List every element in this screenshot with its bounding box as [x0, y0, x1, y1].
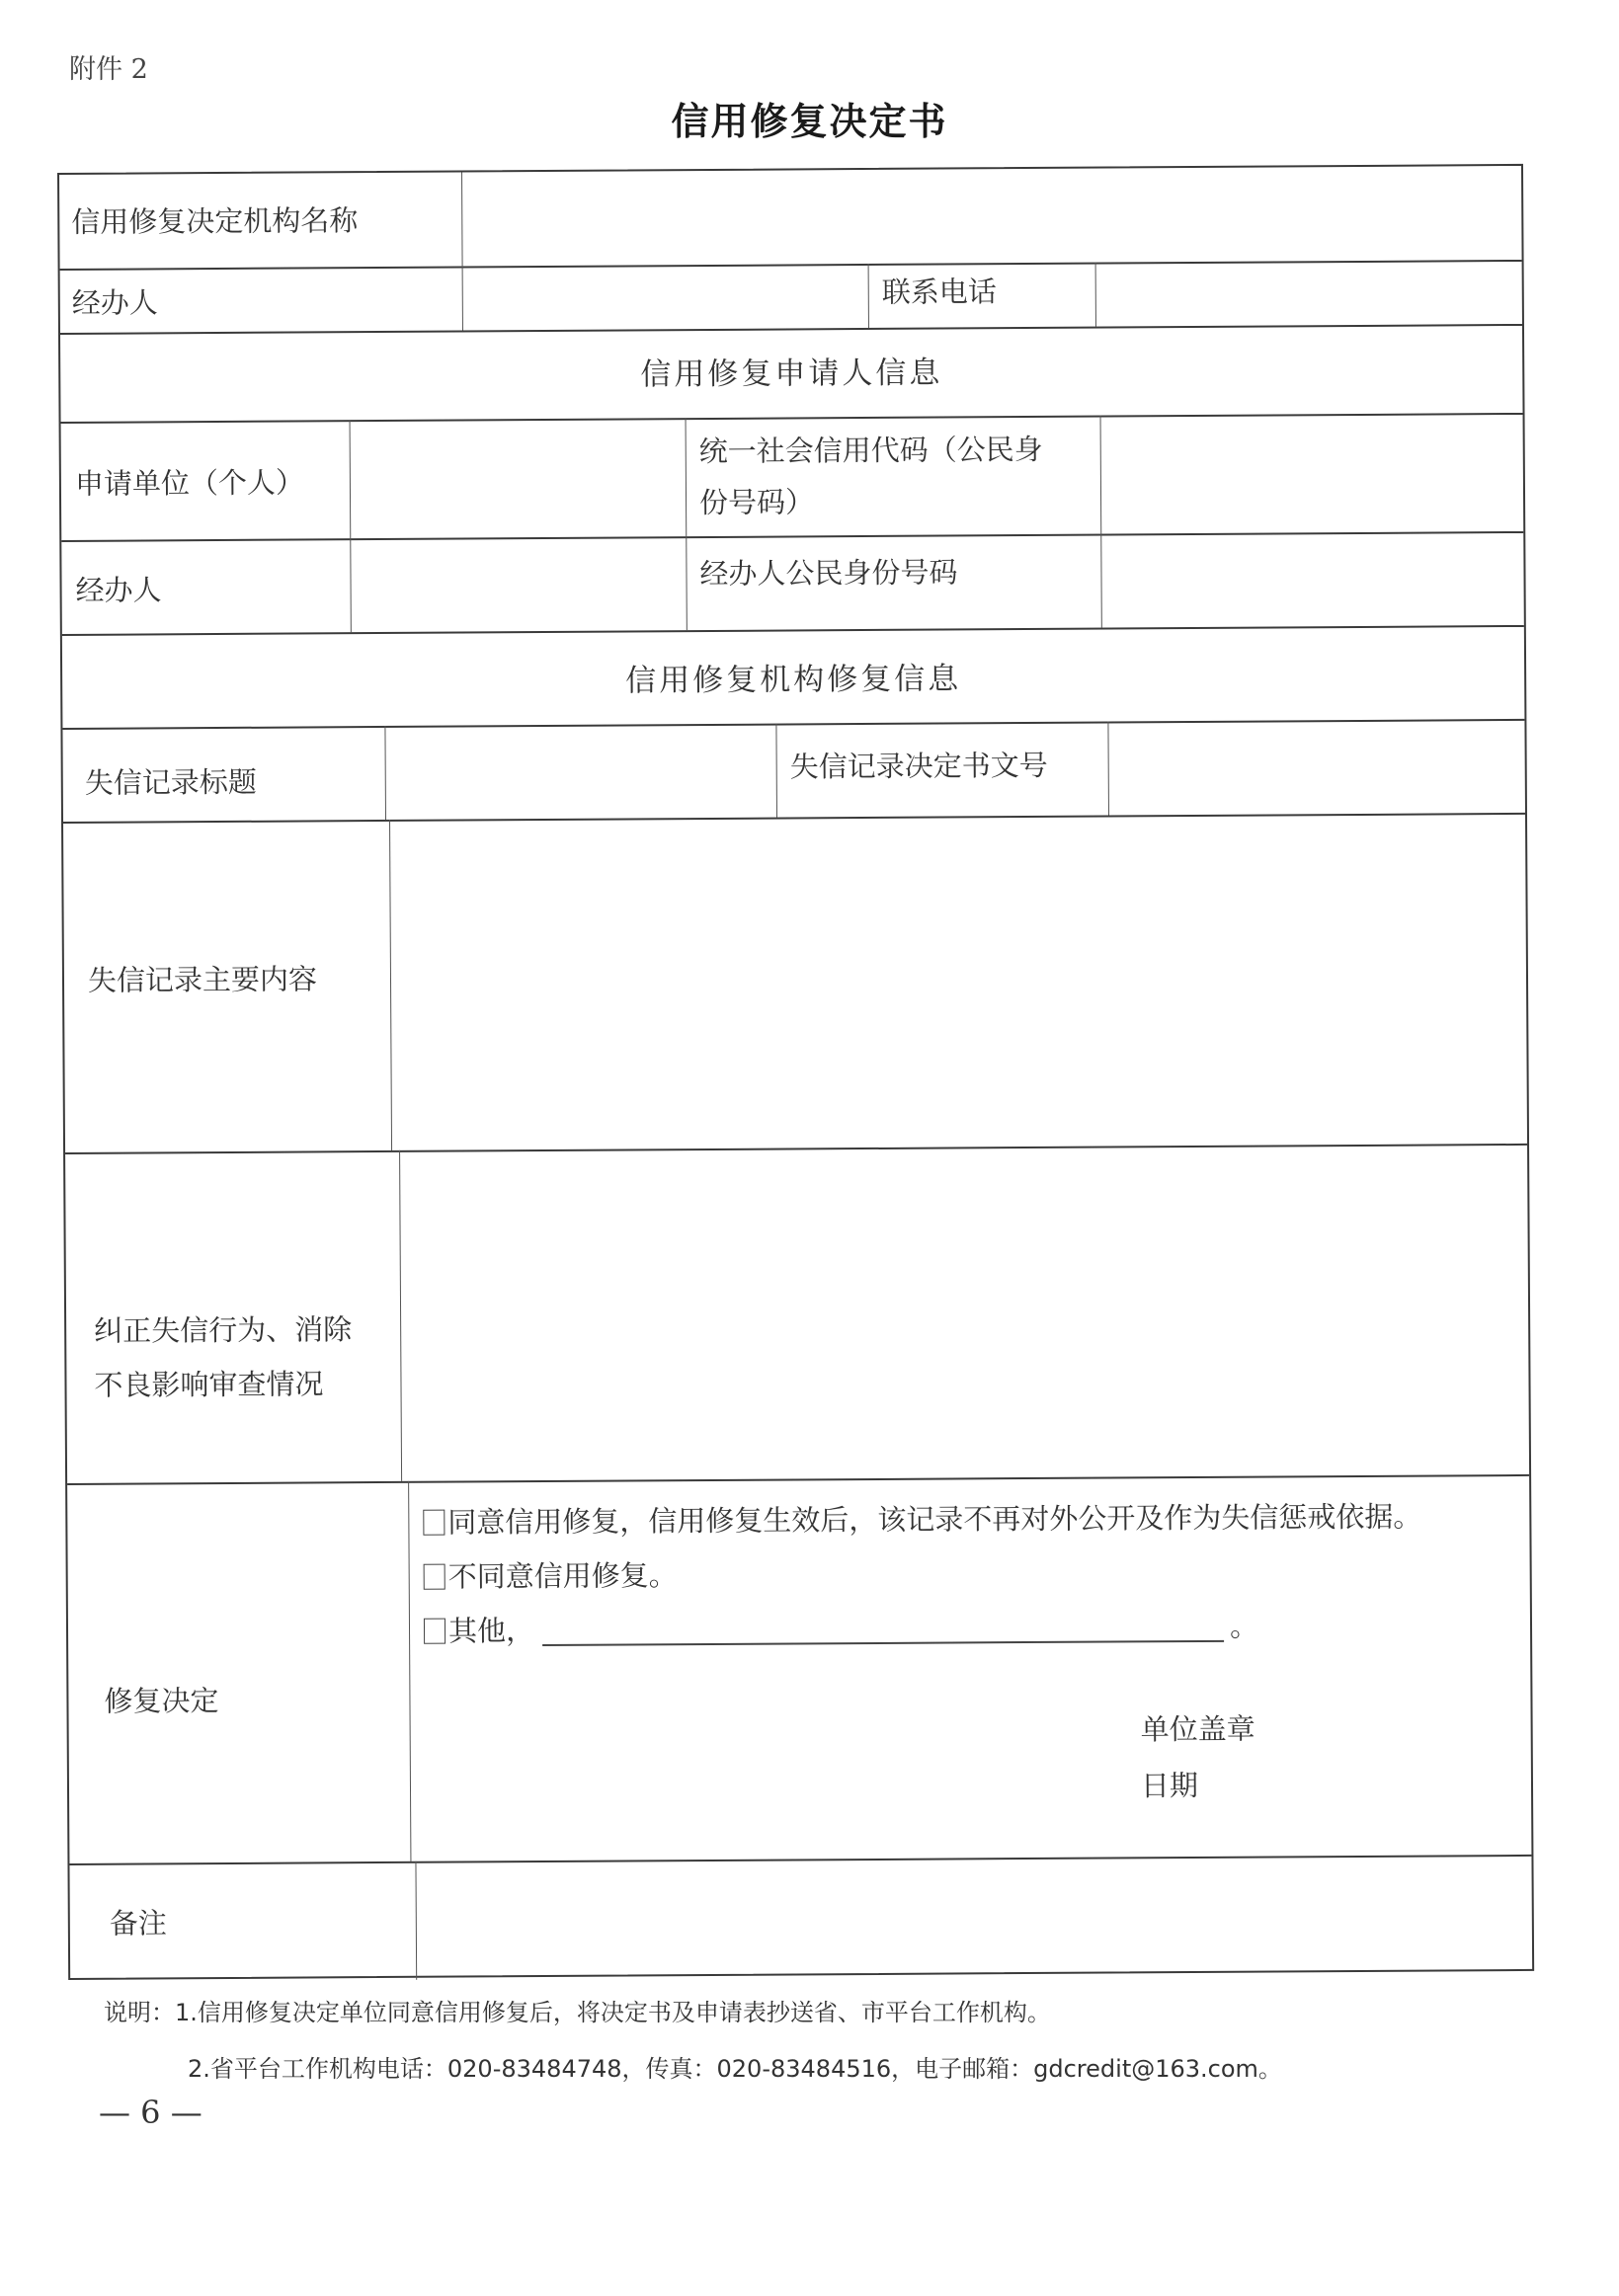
credit-repair-decision-form: 信用修复决定机构名称 经办人 联系电话 信用修复申请人信息 申请单位（个人） 统… [57, 164, 1534, 1980]
col-divider [775, 724, 777, 818]
correction-field[interactable] [402, 1144, 1530, 1481]
col-divider [408, 1481, 411, 1861]
col-divider [384, 726, 386, 820]
row-divider [62, 625, 1524, 636]
applicant-section-title: 信用修复申请人信息 [60, 344, 1522, 397]
handler-id-label: 经办人公民身份号码 [699, 546, 957, 599]
correction-label-line1: 纠正失信行为、消除 [94, 1304, 352, 1357]
option-disagree-text: 不同意信用修复。 [448, 1558, 678, 1593]
credit-code-label-line2: 份号码） [699, 476, 814, 528]
col-divider [1100, 416, 1102, 628]
col-divider [1107, 722, 1109, 816]
org-name-field[interactable] [464, 166, 1522, 267]
applicant-unit-label: 申请单位（个人） [75, 456, 304, 509]
option-other-text: 其他， [448, 1614, 534, 1648]
handler-label: 经办人 [72, 277, 158, 329]
record-title-label: 失信记录标题 [85, 756, 257, 809]
document-title: 信用修复决定书 [0, 91, 1619, 145]
credit-code-label-line1: 统一社会信用代码（公民身 [699, 424, 1043, 477]
col-divider [415, 1861, 417, 1980]
col-divider [868, 264, 869, 328]
record-title-field[interactable] [387, 724, 773, 820]
applicant-handler-label: 经办人 [75, 564, 161, 616]
org-name-label: 信用修复决定机构名称 [71, 195, 358, 248]
decision-option-agree[interactable]: 同意信用修复，信用修复生效后，该记录不再对外公开及作为失信惩戒依据。 [423, 1495, 1421, 1542]
decision-label: 修复决定 [104, 1675, 218, 1727]
col-divider [350, 420, 352, 632]
credit-code-field[interactable] [1103, 413, 1525, 534]
handler-field[interactable] [465, 264, 865, 330]
seal-label: 单位盖章 [1140, 1703, 1255, 1756]
remarks-field[interactable] [418, 1855, 1533, 1980]
decision-option-disagree[interactable]: 不同意信用修复。 [424, 1553, 678, 1596]
record-content-field[interactable] [392, 813, 1528, 1150]
phone-field[interactable] [1098, 260, 1523, 327]
remarks-label: 备注 [110, 1897, 167, 1948]
applicant-unit-field[interactable] [353, 418, 685, 538]
record-content-label: 失信记录主要内容 [88, 953, 317, 1005]
decision-doc-no-label: 失信记录决定书文号 [790, 740, 1048, 793]
repair-section-title: 信用修复机构修复信息 [62, 650, 1524, 703]
correction-label-line2: 不良影响审查情况 [94, 1358, 323, 1410]
checkbox-agree[interactable] [423, 1510, 445, 1536]
option-other-suffix: 。 [1230, 1610, 1258, 1643]
note-line-2: 2.省平台工作机构电话：020-83484748，传真：020-83484516… [188, 2049, 1282, 2084]
checkbox-disagree[interactable] [424, 1564, 445, 1590]
other-reason-input[interactable] [542, 1611, 1224, 1646]
col-divider [462, 266, 463, 330]
handler-id-field[interactable] [1103, 531, 1525, 628]
phone-label: 联系电话 [882, 266, 997, 318]
option-agree-text: 同意信用修复，信用修复生效后，该记录不再对外公开及作为失信惩戒依据。 [447, 1500, 1421, 1540]
date-label: 日期 [1141, 1760, 1198, 1811]
page-number: — 6 — [99, 2094, 202, 2131]
decision-doc-no-field[interactable] [1110, 719, 1526, 816]
decision-option-other[interactable]: 其他，。 [424, 1605, 1258, 1650]
checkbox-other[interactable] [424, 1619, 445, 1644]
attachment-label: 附件 2 [69, 47, 148, 86]
applicant-handler-field[interactable] [353, 536, 685, 632]
col-divider [1095, 263, 1096, 327]
col-divider [686, 418, 688, 630]
col-divider [461, 172, 463, 266]
note-line-1: 说明：1.信用修复决定单位同意信用修复后，将决定书及申请表抄送省、市平台工作机构… [104, 1993, 1051, 2027]
